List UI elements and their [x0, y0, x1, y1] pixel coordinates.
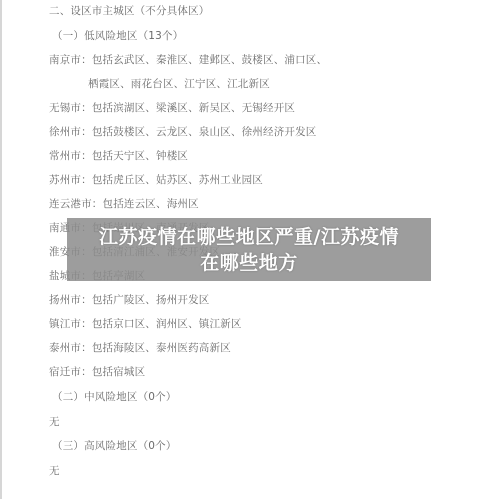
city-name: 徐州市：: [49, 126, 92, 138]
low-risk-heading: （一）低风险地区（13个）: [52, 29, 183, 43]
title-overlay-banner: 江苏疫情在哪些地区严重/江苏疫情 在哪些地方: [67, 218, 431, 281]
city-districts: 包括连云区、海州区: [103, 198, 199, 210]
city-name: 扬州市：: [49, 294, 92, 306]
overlay-title-line1: 江苏疫情在哪些地区严重/江苏疫情: [99, 224, 399, 250]
city-row-suzhou: 苏州市：包括虎丘区、姑苏区、苏州工业园区: [49, 173, 263, 187]
city-districts: 包括鼓楼区、云龙区、泉山区、徐州经济开发区: [92, 126, 317, 138]
city-row-suqian: 宿迁市：包括宿城区: [49, 365, 145, 379]
city-districts: 包括京口区、润州区、镇江新区: [92, 318, 242, 330]
city-row-changzhou: 常州市：包括天宁区、钟楼区: [49, 149, 188, 163]
city-row-yangzhou: 扬州市：包括广陵区、扬州开发区: [49, 293, 210, 307]
city-name: 连云港市：: [49, 198, 103, 210]
city-row-zhenjiang: 镇江市：包括京口区、润州区、镇江新区: [49, 317, 242, 331]
city-row-nanjing-continued: 栖霞区、雨花台区、江宁区、江北新区: [88, 77, 270, 91]
city-districts: 包括天宁区、钟楼区: [92, 150, 188, 162]
city-row-taizhou: 泰州市：包括海陵区、泰州医药高新区: [49, 341, 231, 355]
city-name: 常州市：: [49, 150, 92, 162]
city-row-lianyungang: 连云港市：包括连云区、海州区: [49, 197, 199, 211]
city-name: 宿迁市：: [49, 366, 92, 378]
city-districts: 包括虎丘区、姑苏区、苏州工业园区: [92, 174, 263, 186]
city-districts: 包括玄武区、秦淮区、建邺区、鼓楼区、浦口区、: [92, 54, 327, 66]
section-heading: 二、设区市主城区（不分具体区）: [49, 4, 210, 18]
overlay-title-line2: 在哪些地方: [200, 250, 298, 276]
city-name: 无锡市：: [49, 102, 92, 114]
city-name: 泰州市：: [49, 342, 92, 354]
medium-risk-content: 无: [49, 415, 60, 429]
city-districts: 包括广陵区、扬州开发区: [92, 294, 210, 306]
high-risk-content: 无: [49, 464, 60, 478]
medium-risk-heading: （二）中风险地区（0个）: [52, 390, 177, 404]
city-row-nanjing: 南京市：包括玄武区、秦淮区、建邺区、鼓楼区、浦口区、: [49, 53, 327, 67]
city-name: 苏州市：: [49, 174, 92, 186]
city-name: 南京市：: [49, 54, 92, 66]
city-districts: 包括海陵区、泰州医药高新区: [92, 342, 231, 354]
city-row-wuxi: 无锡市：包括滨湖区、梁溪区、新吴区、无锡经开区: [49, 101, 295, 115]
city-districts: 包括宿城区: [92, 366, 146, 378]
city-districts: 包括滨湖区、梁溪区、新吴区、无锡经开区: [92, 102, 295, 114]
city-name: 镇江市：: [49, 318, 92, 330]
city-row-xuzhou: 徐州市：包括鼓楼区、云龙区、泉山区、徐州经济开发区: [49, 125, 317, 139]
high-risk-heading: （三）高风险地区（0个）: [52, 439, 177, 453]
